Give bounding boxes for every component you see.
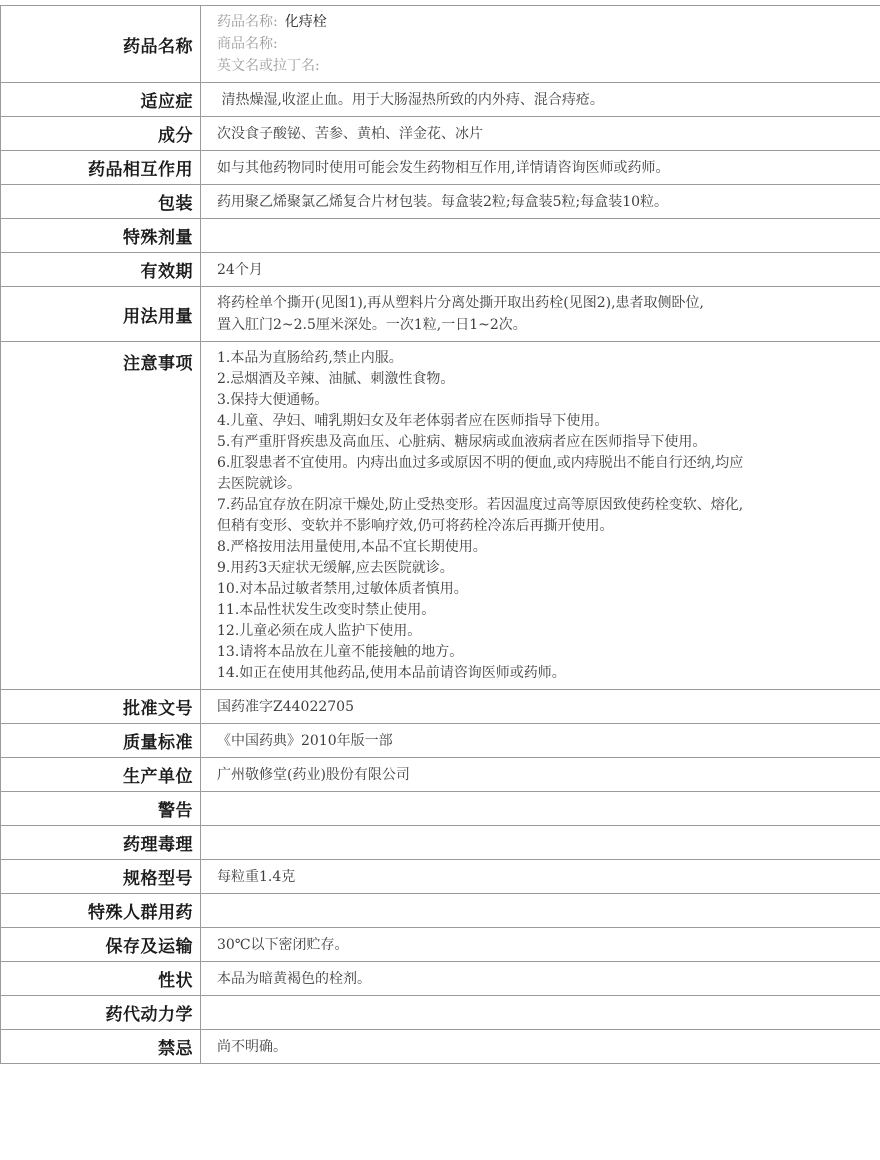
table-row: 特殊人群用药 (1, 894, 880, 928)
field-caption: 药品名称: (217, 14, 278, 30)
content-text: 11.本品性状发生改变时禁止使用。 (217, 602, 435, 618)
row-content: 30℃以下密闭贮存。 (201, 928, 880, 961)
content-line: 将药栓单个撕开(见图1),再从塑料片分离处撕开取出药栓(见图2),患者取侧卧位, (217, 292, 866, 314)
content-line: 药用聚乙烯聚氯乙烯复合片材包装。每盒装2粒;每盒装5粒;每盒装10粒。 (217, 191, 866, 213)
table-row: 成分 次没食子酸铋、苦参、黄柏、洋金花、冰片 (1, 117, 880, 151)
table-row: 药代动力学 (1, 996, 880, 1030)
content-text: 3.保持大便通畅。 (217, 392, 328, 408)
content-line: 10.对本品过敏者禁用,过敏体质者慎用。 (217, 579, 866, 600)
row-content: 1.本品为直肠给药,禁止内服。2.忌烟酒及辛辣、油腻、刺激性食物。3.保持大便通… (201, 342, 880, 689)
row-content (201, 894, 880, 927)
content-text: 去医院就诊。 (217, 476, 301, 492)
row-content: 广州敬修堂(药业)股份有限公司 (201, 758, 880, 791)
content-text: 6.肛裂患者不宜使用。内痔出血过多或原因不明的便血,或内痔脱出不能自行还纳,均应 (217, 455, 743, 471)
row-label: 警告 (1, 792, 201, 825)
content-text: 国药准字Z44022705 (217, 699, 354, 715)
row-content (201, 996, 880, 1029)
row-content: 尚不明确。 (201, 1030, 880, 1063)
table-row: 禁忌 尚不明确。 (1, 1030, 880, 1064)
field-value: 化痔栓 (285, 14, 327, 30)
row-label: 保存及运输 (1, 928, 201, 961)
row-content: 每粒重1.4克 (201, 860, 880, 893)
row-content: 本品为暗黄褐色的栓剂。 (201, 962, 880, 995)
row-content (201, 792, 880, 825)
content-text: 尚不明确。 (217, 1039, 287, 1055)
row-label: 适应症 (1, 83, 201, 116)
row-content: 药用聚乙烯聚氯乙烯复合片材包装。每盒装2粒;每盒装5粒;每盒装10粒。 (201, 185, 880, 218)
table-row: 药品名称 药品名称:化痔栓商品名称:英文名或拉丁名: (1, 6, 880, 83)
content-text: 30℃以下密闭贮存。 (217, 937, 348, 953)
row-label: 禁忌 (1, 1030, 201, 1063)
row-label: 成分 (1, 117, 201, 150)
row-content: 将药栓单个撕开(见图1),再从塑料片分离处撕开取出药栓(见图2),患者取侧卧位,… (201, 287, 880, 341)
content-text: 本品为暗黄褐色的栓剂。 (217, 971, 371, 987)
content-text: 置入肛门2~2.5厘米深处。一次1粒,一日1~2次。 (217, 317, 527, 333)
row-content: 次没食子酸铋、苦参、黄柏、洋金花、冰片 (201, 117, 880, 150)
content-text: 每粒重1.4克 (217, 869, 295, 885)
content-text: 8.严格按用法用量使用,本品不宜长期使用。 (217, 539, 487, 555)
content-text: 24个月 (217, 262, 263, 278)
content-text: 但稍有变形、变软并不影响疗效,仍可将药栓冷冻后再撕开使用。 (217, 518, 613, 534)
content-text: 9.用药3天症状无缓解,应去医院就诊。 (217, 560, 454, 576)
content-line: 每粒重1.4克 (217, 866, 866, 888)
row-content: 药品名称:化痔栓商品名称:英文名或拉丁名: (201, 6, 880, 82)
row-label: 生产单位 (1, 758, 201, 791)
row-label: 质量标准 (1, 724, 201, 757)
content-line: 4.儿童、孕妇、哺乳期妇女及年老体弱者应在医师指导下使用。 (217, 411, 866, 432)
table-row: 保存及运输 30℃以下密闭贮存。 (1, 928, 880, 962)
row-content: 清热燥湿,收涩止血。用于大肠湿热所致的内外痔、混合痔疮。 (201, 83, 880, 116)
content-text: 10.对本品过敏者禁用,过敏体质者慎用。 (217, 581, 468, 597)
row-label: 用法用量 (1, 287, 201, 341)
row-label: 药品相互作用 (1, 151, 201, 184)
table-row: 警告 (1, 792, 880, 826)
content-line: 国药准字Z44022705 (217, 696, 866, 718)
row-content: 国药准字Z44022705 (201, 690, 880, 723)
table-row: 注意事项 1.本品为直肠给药,禁止内服。2.忌烟酒及辛辣、油腻、刺激性食物。3.… (1, 342, 880, 690)
content-text: 广州敬修堂(药业)股份有限公司 (217, 767, 410, 783)
content-line: 13.请将本品放在儿童不能接触的地方。 (217, 642, 866, 663)
table-row: 有效期 24个月 (1, 253, 880, 287)
content-line: 5.有严重肝肾疾患及高血压、心脏病、糖尿病或血液病者应在医师指导下使用。 (217, 432, 866, 453)
row-label: 性状 (1, 962, 201, 995)
field-caption: 英文名或拉丁名: (217, 58, 320, 74)
content-text: 将药栓单个撕开(见图1),再从塑料片分离处撕开取出药栓(见图2),患者取侧卧位, (217, 295, 704, 311)
content-text: 7.药品宜存放在阴凉干燥处,防止受热变形。若因温度过高等原因致使药栓变软、熔化, (217, 497, 743, 513)
table-row: 用法用量 将药栓单个撕开(见图1),再从塑料片分离处撕开取出药栓(见图2),患者… (1, 287, 880, 342)
table-row: 质量标准 《中国药典》2010年版一部 (1, 724, 880, 758)
content-text: 《中国药典》2010年版一部 (217, 733, 393, 749)
content-line: 12.儿童必须在成人监护下使用。 (217, 621, 866, 642)
row-label: 规格型号 (1, 860, 201, 893)
field-caption: 商品名称: (217, 36, 278, 52)
content-line: 2.忌烟酒及辛辣、油腻、刺激性食物。 (217, 369, 866, 390)
content-text: 5.有严重肝肾疾患及高血压、心脏病、糖尿病或血液病者应在医师指导下使用。 (217, 434, 706, 450)
content-line: 7.药品宜存放在阴凉干燥处,防止受热变形。若因温度过高等原因致使药栓变软、熔化, (217, 495, 866, 516)
content-line: 去医院就诊。 (217, 474, 866, 495)
row-label: 包装 (1, 185, 201, 218)
row-label: 药品名称 (1, 6, 201, 82)
content-line: 置入肛门2~2.5厘米深处。一次1粒,一日1~2次。 (217, 314, 866, 336)
table-row: 特殊剂量 (1, 219, 880, 253)
table-row: 适应症 清热燥湿,收涩止血。用于大肠湿热所致的内外痔、混合痔疮。 (1, 83, 880, 117)
row-content (201, 826, 880, 859)
content-line: 3.保持大便通畅。 (217, 390, 866, 411)
row-label: 批准文号 (1, 690, 201, 723)
content-line: 14.如正在使用其他药品,使用本品前请咨询医师或药师。 (217, 663, 866, 684)
content-line: 药品名称:化痔栓 (217, 11, 866, 33)
content-text: 次没食子酸铋、苦参、黄柏、洋金花、冰片 (217, 126, 483, 142)
content-text: 2.忌烟酒及辛辣、油腻、刺激性食物。 (217, 371, 454, 387)
content-line: 1.本品为直肠给药,禁止内服。 (217, 348, 866, 369)
content-text: 13.请将本品放在儿童不能接触的地方。 (217, 644, 463, 660)
table-row: 性状 本品为暗黄褐色的栓剂。 (1, 962, 880, 996)
row-label: 药代动力学 (1, 996, 201, 1029)
content-line: 6.肛裂患者不宜使用。内痔出血过多或原因不明的便血,或内痔脱出不能自行还纳,均应 (217, 453, 866, 474)
content-line: 本品为暗黄褐色的栓剂。 (217, 968, 866, 990)
content-text: 清热燥湿,收涩止血。用于大肠湿热所致的内外痔、混合痔疮。 (217, 92, 604, 108)
content-line: 清热燥湿,收涩止血。用于大肠湿热所致的内外痔、混合痔疮。 (217, 89, 866, 111)
row-label: 有效期 (1, 253, 201, 286)
content-text: 药用聚乙烯聚氯乙烯复合片材包装。每盒装2粒;每盒装5粒;每盒装10粒。 (217, 194, 668, 210)
table-row: 药品相互作用 如与其他药物同时使用可能会发生药物相互作用,详情请咨询医师或药师。 (1, 151, 880, 185)
content-line: 尚不明确。 (217, 1036, 866, 1058)
content-text: 14.如正在使用其他药品,使用本品前请咨询医师或药师。 (217, 665, 566, 681)
row-content: 如与其他药物同时使用可能会发生药物相互作用,详情请咨询医师或药师。 (201, 151, 880, 184)
table-row: 生产单位 广州敬修堂(药业)股份有限公司 (1, 758, 880, 792)
row-label: 特殊人群用药 (1, 894, 201, 927)
content-line: 但稍有变形、变软并不影响疗效,仍可将药栓冷冻后再撕开使用。 (217, 516, 866, 537)
row-content (201, 219, 880, 252)
content-line: 9.用药3天症状无缓解,应去医院就诊。 (217, 558, 866, 579)
table-row: 包装 药用聚乙烯聚氯乙烯复合片材包装。每盒装2粒;每盒装5粒;每盒装10粒。 (1, 185, 880, 219)
content-line: 《中国药典》2010年版一部 (217, 730, 866, 752)
content-text: 如与其他药物同时使用可能会发生药物相互作用,详情请咨询医师或药师。 (217, 160, 669, 176)
content-text: 1.本品为直肠给药,禁止内服。 (217, 350, 403, 366)
row-content: 24个月 (201, 253, 880, 286)
table-row: 药理毒理 (1, 826, 880, 860)
row-content: 《中国药典》2010年版一部 (201, 724, 880, 757)
drug-info-table: 药品名称 药品名称:化痔栓商品名称:英文名或拉丁名: 适应症 清热燥湿,收涩止血… (0, 5, 880, 1064)
content-line: 英文名或拉丁名: (217, 55, 866, 77)
row-label: 药理毒理 (1, 826, 201, 859)
row-label: 特殊剂量 (1, 219, 201, 252)
content-line: 24个月 (217, 259, 866, 281)
content-text: 4.儿童、孕妇、哺乳期妇女及年老体弱者应在医师指导下使用。 (217, 413, 608, 429)
table-row: 规格型号 每粒重1.4克 (1, 860, 880, 894)
row-label: 注意事项 (1, 342, 201, 689)
content-line: 广州敬修堂(药业)股份有限公司 (217, 764, 866, 786)
content-line: 次没食子酸铋、苦参、黄柏、洋金花、冰片 (217, 123, 866, 145)
table-row: 批准文号 国药准字Z44022705 (1, 690, 880, 724)
content-line: 如与其他药物同时使用可能会发生药物相互作用,详情请咨询医师或药师。 (217, 157, 866, 179)
content-line: 11.本品性状发生改变时禁止使用。 (217, 600, 866, 621)
content-line: 30℃以下密闭贮存。 (217, 934, 866, 956)
content-text: 12.儿童必须在成人监护下使用。 (217, 623, 421, 639)
content-line: 商品名称: (217, 33, 866, 55)
content-line: 8.严格按用法用量使用,本品不宜长期使用。 (217, 537, 866, 558)
